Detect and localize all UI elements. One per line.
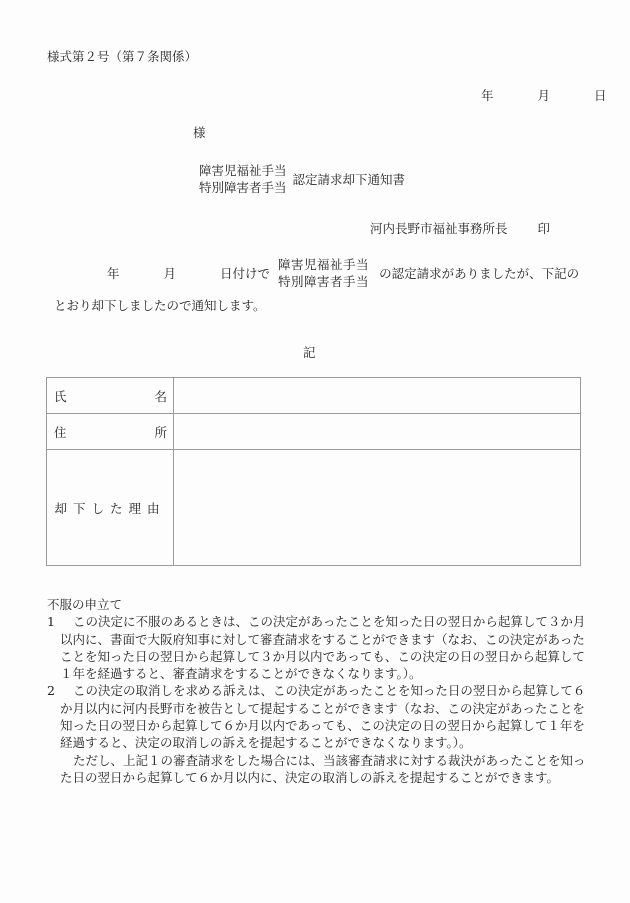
date-month-label: 月 <box>538 86 551 104</box>
reason-value-cell[interactable] <box>174 450 581 566</box>
body-allowance-options: 障害児福祉手当 特別障害者手当 <box>278 256 369 290</box>
name-label-cell: 氏 名 <box>47 378 174 414</box>
item-text: この決定の取消しを求める訴えは、この決定があったことを知った日の翌日から起算して… <box>60 682 587 751</box>
issuer-name: 河内長野市福祉事務所長 <box>370 221 508 236</box>
objection-item-2: 2 この決定の取消しを求める訴えは、この決定があったことを知った日の翌日から起算… <box>47 682 587 786</box>
address-label-left: 住 <box>54 423 67 441</box>
name-label-left: 氏 <box>54 387 67 405</box>
address-label-right: 所 <box>154 423 167 441</box>
body-line-2: とおり却下しましたので通知します。 <box>54 296 266 314</box>
item-proviso: ただし、上記１の審査請求をした場合には、当該審査請求に対する裁決があったことを知… <box>60 752 587 787</box>
document-title: 障害児福祉手当 特別障害者手当 認定請求却下通知書 <box>199 162 405 196</box>
table-row-reason: 却下した理由 <box>47 450 581 566</box>
item-text: この決定に不服のあるときは、この決定があったことを知った日の翌日から起算して３か… <box>60 613 587 682</box>
title-allowance-2: 特別障害者手当 <box>199 179 287 196</box>
name-value-cell[interactable] <box>174 378 581 414</box>
form-number: 様式第２号（第７条関係） <box>47 47 197 65</box>
title-suffix: 認定請求却下通知書 <box>293 170 406 188</box>
addressee-suffix: 様 <box>193 123 206 141</box>
address-label-cell: 住 所 <box>47 414 174 450</box>
reason-label: 却下した理由 <box>47 499 173 517</box>
reason-label-cell: 却下した理由 <box>47 450 174 566</box>
address-value-cell[interactable] <box>174 414 581 450</box>
item-number: 2 <box>47 682 60 786</box>
issuer: 河内長野市福祉事務所長印 <box>370 219 550 237</box>
name-label-right: 名 <box>154 387 167 405</box>
ki-heading: 記 <box>303 343 316 361</box>
objection-section: 不服の申立て 1 この決定に不服のあるときは、この決定があったことを知った日の翌… <box>47 596 587 786</box>
title-allowance-1: 障害児福祉手当 <box>199 162 287 179</box>
body-dated: 日付けで <box>220 264 270 282</box>
table-row-name: 氏 名 <box>47 378 581 414</box>
table-row-address: 住 所 <box>47 414 581 450</box>
body-line-1: 年 月 日付けで 障害児福祉手当 特別障害者手当 の認定請求がありましたが、下記… <box>107 256 579 290</box>
seal-mark: 印 <box>538 221 551 236</box>
objection-item-1: 1 この決定に不服のあるときは、この決定があったことを知った日の翌日から起算して… <box>47 613 587 682</box>
title-allowance-options: 障害児福祉手当 特別障害者手当 <box>199 162 287 196</box>
body-year: 年 <box>107 264 120 282</box>
body-month: 月 <box>164 264 177 282</box>
objection-heading: 不服の申立て <box>47 596 587 613</box>
body-allowance-2: 特別障害者手当 <box>278 273 369 290</box>
date-day-label: 日 <box>594 86 607 104</box>
details-table: 氏 名 住 所 却下した理由 <box>46 377 581 566</box>
issue-date: 年月日 <box>481 86 607 104</box>
body-allowance-1: 障害児福祉手当 <box>278 256 369 273</box>
item-number: 1 <box>47 613 60 682</box>
body-line-1-suffix: の認定請求がありましたが、下記の <box>379 264 579 282</box>
date-year-label: 年 <box>481 86 494 104</box>
